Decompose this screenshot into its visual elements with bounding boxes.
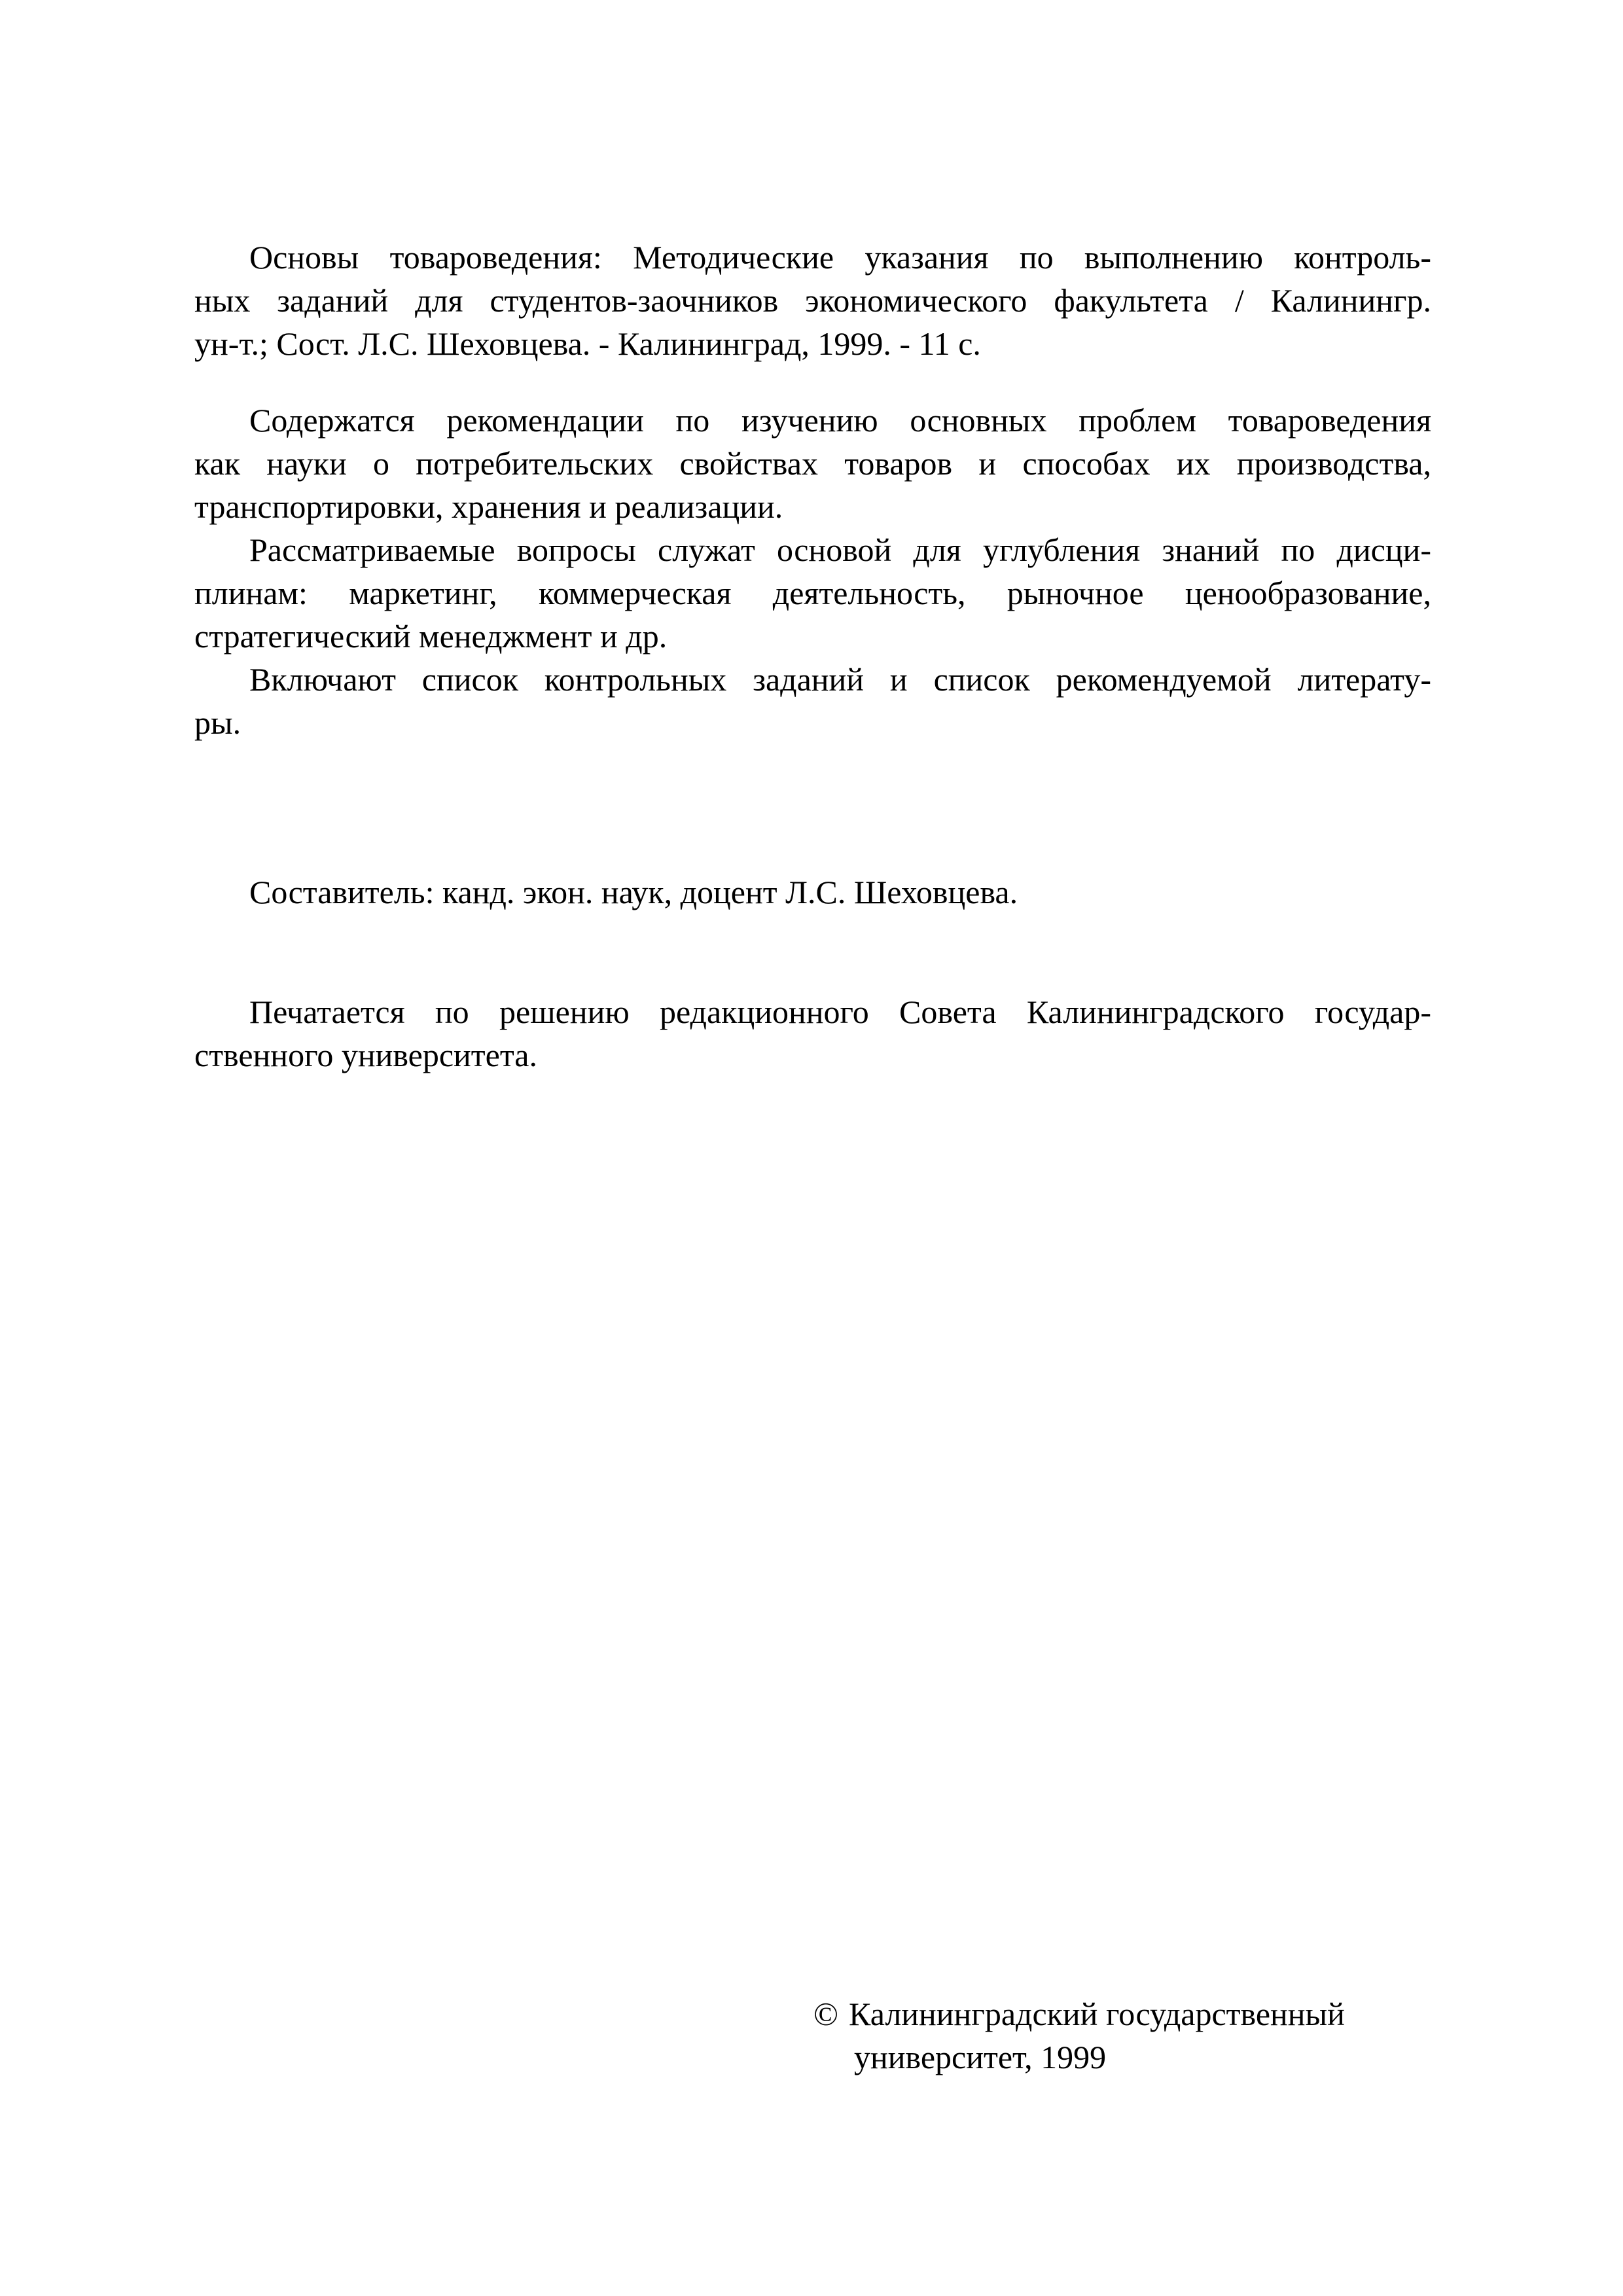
copyright-line-2: университет, 1999 bbox=[854, 2036, 1468, 2079]
text-line: стратегический менеджмент и др. bbox=[194, 615, 1431, 658]
text-line: Содержатся рекомендации по изучению осно… bbox=[194, 399, 1431, 442]
bibliographic-reference: Основы товароведения: Методические указа… bbox=[194, 236, 1431, 365]
text-line: как науки о потребительских свойствах то… bbox=[194, 442, 1431, 485]
copyright-line-1: ©Калининградский государственный bbox=[813, 1992, 1468, 2036]
text-line: транспортировки, хранения и реализации. bbox=[194, 485, 1431, 528]
copyright-symbol: © bbox=[813, 1996, 838, 2032]
scanned-document-page: Основы товароведения: Методические указа… bbox=[0, 0, 1623, 2296]
text-line: Рассматриваемые вопросы служат основой д… bbox=[194, 528, 1431, 571]
compiler-note: Составитель: канд. экон. наук, доцент Л.… bbox=[194, 870, 1431, 914]
text-line: ун-т.; Сост. Л.С. Шеховцева. - Калинингр… bbox=[194, 322, 1431, 365]
copyright-owner: Калининградский государственный bbox=[849, 1996, 1345, 2032]
text-line: плинам: маркетинг, коммерческая деятельн… bbox=[194, 571, 1431, 615]
text-line: Печатается по решению редакционного Сове… bbox=[194, 990, 1431, 1033]
text-line: ры. bbox=[194, 701, 1431, 744]
copyright-notice: ©Калининградский государственный универс… bbox=[813, 1992, 1468, 2079]
text-line: Включают список контрольных заданий и сп… bbox=[194, 658, 1431, 701]
printing-approval-note: Печатается по решению редакционного Сове… bbox=[194, 990, 1431, 1077]
text-line: ственного университета. bbox=[194, 1033, 1431, 1077]
text-line: Основы товароведения: Методические указа… bbox=[194, 236, 1431, 279]
text-line: ных заданий для студентов-заочников экон… bbox=[194, 279, 1431, 322]
compiler-line: Составитель: канд. экон. наук, доцент Л.… bbox=[194, 870, 1431, 914]
annotation: Содержатся рекомендации по изучению осно… bbox=[194, 399, 1431, 744]
